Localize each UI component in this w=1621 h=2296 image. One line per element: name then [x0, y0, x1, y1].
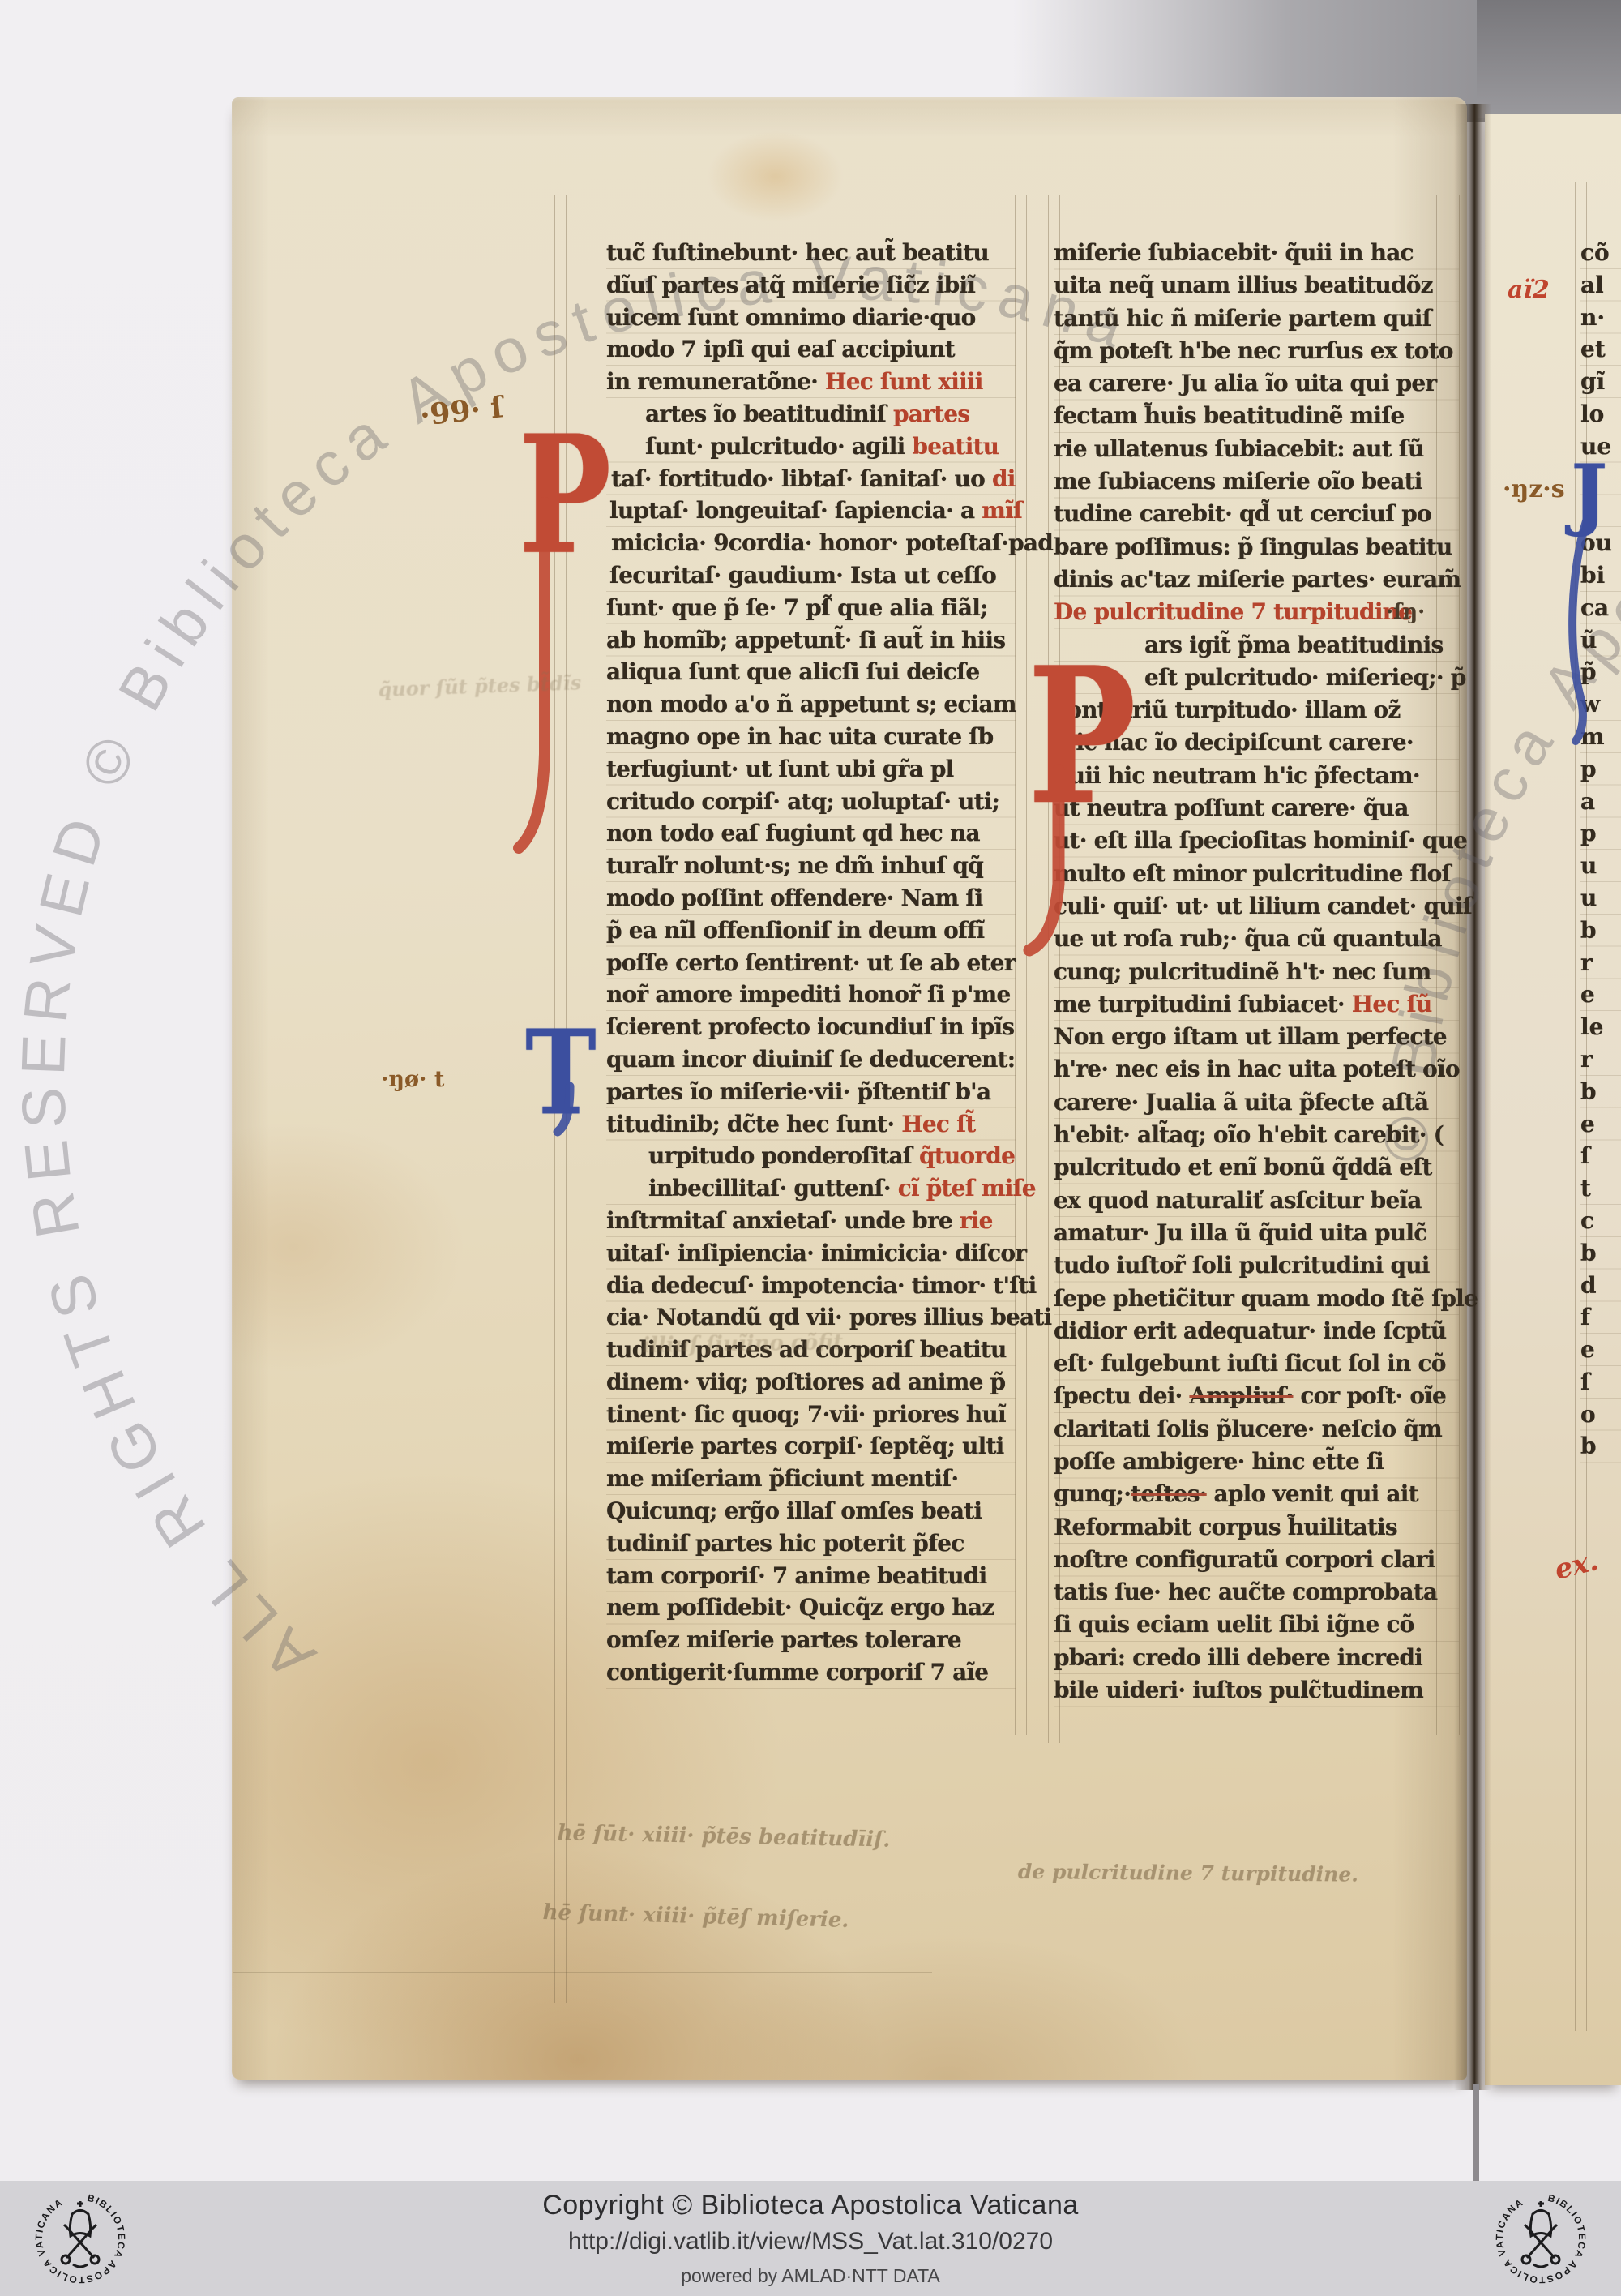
- text-run: tantũ hic ñ miſerie partem quiſ: [1054, 305, 1431, 332]
- manuscript-line-fragment: c: [1580, 1205, 1621, 1237]
- text-run: ſunt· pulcritudo· agili: [645, 433, 912, 460]
- manuscript-line: taſ· fortitudo· libtaſ· ſanitaſ· uo di: [606, 463, 1016, 495]
- manuscript-line-fragment: le: [1580, 1011, 1621, 1043]
- text-run: gunq;·: [1054, 1480, 1131, 1507]
- manuscript-line: q̃m poteſt h'be nec rurſus ex toto: [1054, 335, 1459, 367]
- text-run: ex quod naturaliť asſcitur beĩa: [1054, 1187, 1422, 1214]
- text-run: u: [1580, 852, 1597, 879]
- text-run: Ampliuſ·: [1189, 1382, 1293, 1409]
- text-run: uitaſ· inſipiencia· inimicicia· diſcor: [606, 1240, 1026, 1266]
- text-run: Hec ſũ: [1352, 991, 1432, 1017]
- text-run: bile uideri· iuſtos pulc̃tudinem: [1054, 1677, 1423, 1703]
- text-run: ue ut roſa rub;· q̃ua cũ quantula: [1054, 925, 1442, 952]
- manuscript-line-fragment: ſ: [1580, 1366, 1621, 1399]
- manuscript-line-fragment: e: [1580, 1334, 1621, 1366]
- text-run: ſepe phetic̃itur quam modo ſtẽ ſple: [1054, 1285, 1478, 1312]
- initial-t-blue-col1: T: [525, 1004, 597, 1142]
- text-run: critudo corpiſ· atq; uoluptaſ· uti;: [606, 788, 999, 815]
- manuscript-line: h'ebit· alt̃aq; oĩo h'ebit carebit· (: [1054, 1119, 1459, 1151]
- manuscript-line-fragment: o: [1580, 1399, 1621, 1431]
- text-run: Hec ſunt xiiii: [825, 368, 983, 395]
- text-run: ars igit̃ p̃ma beatitudinis: [1144, 632, 1443, 658]
- manuscript-line-fragment: t: [1580, 1172, 1621, 1205]
- text-run: pbari: credo illi debere incredi: [1054, 1644, 1422, 1671]
- text-run: in remuneratõne·: [606, 368, 825, 395]
- text-run: a: [1580, 788, 1595, 815]
- manuscript-line: ſepe phetic̃itur quam modo ſtẽ ſple: [1054, 1283, 1459, 1315]
- text-run: p: [1580, 820, 1597, 846]
- manuscript-line: quam incor diuiniſ ſe deducerent:: [606, 1043, 1016, 1076]
- text-run: uicem ſunt omnimo diarie·quo: [606, 304, 976, 331]
- manuscript-line-fragment: ſ: [1580, 1140, 1621, 1172]
- text-run: contigerit·ſumme corporiſ 7 aĩe: [606, 1659, 988, 1686]
- initial-p-red-col1: P: [519, 399, 611, 590]
- text-run: cunq; pulcritudinẽ h't· nec ſum: [1054, 958, 1431, 985]
- text-run: b: [1580, 917, 1597, 944]
- manuscript-line: bile uideri· iuſtos pulc̃tudinem: [1054, 1674, 1459, 1707]
- manuscript-line: dinis ac'taz miſerie partes· euram̃: [1054, 563, 1459, 596]
- text-run: pulcritudo et enĩ bonũ q̃ddã eſt: [1054, 1154, 1432, 1180]
- text-run: tudine carebit· qd̃ ut cerciuſ po: [1054, 500, 1431, 527]
- text-run: ſi quis eciam uelit ſibi ig̃ne cõ: [1054, 1611, 1414, 1638]
- manuscript-line: luptaſ· longeuitaſ· ſapiencia· a mĩſ: [606, 495, 1016, 527]
- text-run: eſt· fulgebunt iuſti ſicut ſol in cõ: [1054, 1350, 1446, 1377]
- manuscript-line-fragment: bi: [1580, 559, 1621, 592]
- text-run: bi: [1580, 562, 1605, 589]
- text-run: poſſe certo ſentirent· ut ſe ab eter: [606, 949, 1016, 976]
- text-run: b: [1580, 1433, 1597, 1459]
- manuscript-line: titudinib; dc̃te hec ſunt· Hec ſt̃: [606, 1108, 1016, 1141]
- text-run: e: [1580, 1111, 1595, 1137]
- text-run: tinent· ſic quoq; 7·vii· priores huĩ: [606, 1401, 1006, 1428]
- text-run: poſſe ambigere· hinc et̃te ſi: [1054, 1448, 1384, 1475]
- manuscript-line: carere· Jualia ã uita p̃fecte aſtã: [1054, 1086, 1459, 1119]
- initial-j-blue-next-folio: J: [1571, 448, 1607, 539]
- text-run: didior erit adequatur· inde ſcptũ: [1054, 1317, 1446, 1344]
- text-run: Quicunq; erg̃o illaſ omſes beati: [606, 1497, 982, 1524]
- manuscript-line: omſez miſerie partes tolerare: [606, 1624, 1016, 1656]
- text-run: e: [1580, 1336, 1595, 1363]
- manuscript-line: modo 7 ipſi qui eaſ accipiunt: [606, 333, 1016, 366]
- manuscript-line: fectam h̃uis beatitudinẽ miſe: [1054, 400, 1459, 432]
- manuscript-line: rie ullatenus ſubiacebit: aut ſũ: [1054, 433, 1459, 465]
- text-run: eſt pulcritudo· miſerieq;· p̃: [1144, 664, 1466, 691]
- text-run: q̃tuorde: [919, 1142, 1015, 1169]
- text-run: nor̃ amore impediti honor̃ ſi p'me: [606, 981, 1010, 1008]
- text-run: omſez miſerie partes tolerare: [606, 1626, 961, 1653]
- text-run: q̃m poteſt h'be nec rurſus ex toto: [1054, 337, 1453, 364]
- manuscript-line: dinem· viiq; poſtiores ad anime p̃: [606, 1366, 1016, 1399]
- manuscript-line: miſerie partes corpiſ· ſeptẽq; ulti: [606, 1430, 1016, 1463]
- text-run: h're· nec eis in hac uita poteſt oĩo: [1054, 1056, 1460, 1082]
- text-run: w: [1580, 691, 1600, 717]
- manuscript-line-fragment: e: [1580, 1108, 1621, 1141]
- manuscript-line: tudo iuſtor̃ ſoli pulcritudini qui: [1054, 1249, 1459, 1282]
- manuscript-line-fragment: m: [1580, 721, 1621, 753]
- text-run: r: [1580, 949, 1593, 976]
- manuscript-line: me ſubiacens miſerie oĩo beati: [1054, 465, 1459, 498]
- manuscript-line-fragment: w: [1580, 688, 1621, 721]
- manuscript-line: inſtrmitaſ anxietaſ· unde bre rie: [606, 1205, 1016, 1237]
- text-run: me turpitudini ſubiacet·: [1054, 991, 1352, 1017]
- manuscript-line: tam corporiſ· 7 anime beatitudi: [606, 1560, 1016, 1592]
- text-run: c: [1580, 1207, 1594, 1234]
- manuscript-line: ſi quis eciam uelit ſibi ig̃ne cõ: [1054, 1608, 1459, 1641]
- manuscript-line-fragment: u: [1580, 850, 1621, 882]
- text-run: partes: [893, 401, 969, 427]
- text-run: cõ: [1580, 239, 1610, 266]
- text-run: r: [1580, 1046, 1593, 1073]
- manuscript-line: uicem ſunt omnimo diarie·quo: [606, 302, 1016, 334]
- text-run: rie ullatenus ſubiacebit: aut ſũ: [1054, 435, 1424, 462]
- manuscript-line: amatur· Ju illa ũ q̃uid uita pulc̃: [1054, 1217, 1459, 1249]
- text-run: me ſubiacens miſerie oĩo beati: [1054, 468, 1422, 495]
- text-run: miſerie ſubiacebit· q̃uii in hac: [1054, 239, 1414, 266]
- text-run: rie: [960, 1207, 993, 1234]
- text-run: ſ: [1580, 1369, 1590, 1395]
- manuscript-line-fragment: p: [1580, 753, 1621, 786]
- manuscript-line: non modo a'o ñ appetunt s; eciam: [606, 688, 1016, 721]
- text-run: terfugiunt· ut ſunt ubi gr̃a pl: [606, 756, 954, 782]
- text-run: dia dedecuſ· impotencia· timor· t'ſti: [606, 1272, 1036, 1299]
- manuscript-line: terfugiunt· ut ſunt ubi gr̃a pl: [606, 753, 1016, 786]
- text-run: De pulcritudine 7 turpitudine: [1054, 598, 1412, 625]
- text-run: Hec ſt̃: [901, 1111, 975, 1137]
- manuscript-line-fragment: b: [1580, 1076, 1621, 1108]
- manuscript-line: ex quod naturaliť asſcitur beĩa: [1054, 1184, 1459, 1217]
- manuscript-line: culi· quiſ· ut· ut lilium candet· quiſ: [1054, 890, 1459, 923]
- text-run: dinis ac'taz miſerie partes· euram̃: [1054, 566, 1461, 593]
- manuscript-line-fragment: b: [1580, 915, 1621, 947]
- manuscript-line: critudo corpiſ· atq; uoluptaſ· uti;: [606, 786, 1016, 818]
- text-run: d: [1580, 1272, 1597, 1299]
- manuscript-line: dĩuſ partes atq̃ miſerie ſic̃z ibiĩ: [606, 269, 1016, 302]
- manuscript-line-fragment: e: [1580, 979, 1621, 1011]
- manuscript-line: me miſeriam p̃ficiunt mentiſ·: [606, 1463, 1016, 1495]
- manuscript-line: tudine carebit· qd̃ ut cerciuſ po: [1054, 498, 1459, 530]
- text-run: amatur· Ju illa ũ q̃uid uita pulc̃: [1054, 1219, 1426, 1246]
- manuscript-line: miſerie ſubiacebit· q̃uii in hac: [1054, 237, 1459, 269]
- text-run: p̃: [1580, 658, 1597, 685]
- text-run: beatitu: [912, 433, 999, 460]
- text-run: modo 7 ipſi qui eaſ accipiunt: [606, 336, 955, 362]
- text-run: tam corporiſ· 7 anime beatitudi: [606, 1562, 986, 1589]
- manuscript-line: ue ut roſa rub;· q̃ua cũ quantula: [1054, 923, 1459, 955]
- text-run: lo: [1580, 401, 1604, 427]
- text-run: noſtre configuratũ corpori clari: [1054, 1546, 1435, 1573]
- text-column-2: miſerie ſubiacebit· q̃uii in hacuita neq…: [1054, 237, 1459, 1707]
- text-run: micicia· 9cordia· honor· poteſtaſ·: [611, 529, 1008, 556]
- text-run: bare poſſimus: p̃ ſingulas beatitu: [1054, 533, 1452, 560]
- manuscript-line: multo eſt minor pulcritudine floſ: [1054, 858, 1459, 890]
- manuscript-line-fragment: a: [1580, 786, 1621, 818]
- footer-powered-by: powered by AMLAD·NTT DATA: [542, 2265, 1079, 2287]
- text-run: ũ: [1580, 627, 1597, 653]
- text-run: al: [1580, 272, 1604, 298]
- initial-p-red-col2: P: [1028, 626, 1136, 846]
- manuscript-line: micicia· 9cordia· honor· poteſtaſ·pad: [606, 527, 1016, 559]
- text-run: b: [1580, 1240, 1597, 1266]
- text-run: n·: [1580, 304, 1605, 331]
- vatican-library-seal-right: BIBLIOTECA APOSTOLICA VATICANA: [1486, 2184, 1595, 2293]
- manuscript-line-fragment: b: [1580, 1237, 1621, 1270]
- text-run: uita neq̃ unam illius beatitudõz: [1054, 272, 1433, 298]
- text-run: m: [1580, 723, 1605, 750]
- manuscript-line-fragment: r: [1580, 1043, 1621, 1076]
- manuscript-line: tatis ſue· hec auc̃te comprobata: [1054, 1576, 1459, 1608]
- text-run: culi· quiſ· ut· ut lilium candet· quiſ: [1054, 893, 1472, 919]
- manuscript-line: in remuneratõne· Hec ſunt xiiii: [606, 366, 1016, 398]
- text-run: carere· Jualia ã uita p̃fecte aſtã: [1054, 1089, 1428, 1116]
- manuscript-line: artes ĩo beatitudiniſ partes: [606, 398, 1016, 430]
- footer-copyright: Copyright © Biblioteca Apostolica Vatica…: [542, 2190, 1079, 2221]
- manuscript-line: partes ĩo miſerie·vii· p̃ſtentiſ b'a: [606, 1076, 1016, 1108]
- manuscript-line: pbari: credo illi debere incredi: [1054, 1642, 1459, 1674]
- marginal-note: ·ŋø· t: [381, 1067, 444, 1092]
- text-run: modo poſſint offendere· Nam ſi: [606, 885, 983, 911]
- text-run: inſtrmitaſ anxietaſ· unde bre: [606, 1207, 960, 1234]
- manuscript-line: noſtre configuratũ corpori clari: [1054, 1544, 1459, 1576]
- text-run: ſ: [1580, 1142, 1590, 1169]
- manuscript-line: aliqua ſunt que alicſi ſui deicſe: [606, 656, 1016, 688]
- text-run: dinem· viiq; poſtiores ad anime p̃: [606, 1369, 1005, 1395]
- manuscript-line: Non ergo iſtam ut illam perfecte: [1054, 1021, 1459, 1053]
- text-run: gĩ: [1580, 368, 1605, 395]
- marginal-note: de pulcritudine 7 turpitudine.: [1018, 1860, 1358, 1887]
- manuscript-line: magno ope in hac uita curate ſb: [606, 721, 1016, 753]
- manuscript-line: ſcierent profecto iocundiuſ in ipĩs: [606, 1011, 1016, 1043]
- text-run: pad: [1008, 529, 1053, 556]
- manuscript-line-fragment: d: [1580, 1270, 1621, 1302]
- manuscript-line: nem poſſidebit· Quicq̃z ergo haz: [606, 1591, 1016, 1624]
- manuscript-line-fragment: u: [1580, 882, 1621, 915]
- manuscript-line: tuc̃ ſuſtinebunt· hec aut̃ beatitu: [606, 237, 1016, 269]
- manuscript-line-fragment: n·: [1580, 302, 1621, 334]
- manuscript-line: tantũ hic ñ miſerie partem quiſ: [1054, 302, 1459, 335]
- text-run: aliqua ſunt que alicſi ſui deicſe: [606, 658, 979, 685]
- manuscript-line-fragment: ca: [1580, 592, 1621, 624]
- text-run: quam incor diuiniſ ſe deducerent:: [606, 1046, 1015, 1073]
- text-run: miſerie partes corpiſ· ſeptẽq; ulti: [606, 1433, 1003, 1459]
- manuscript-line: bare poſſimus: p̃ ſingulas beatitu: [1054, 531, 1459, 563]
- text-run: ea carere· Ju alia ĩo uita qui per: [1054, 370, 1436, 396]
- text-run: Non ergo iſtam ut illam perfecte: [1054, 1023, 1447, 1050]
- manuscript-line: me turpitudini ſubiacet· Hec ſũ: [1054, 988, 1459, 1021]
- manuscript-line-fragment: lo: [1580, 398, 1621, 430]
- text-run: f: [1580, 1304, 1590, 1330]
- text-run: tudo iuſtor̃ ſoli pulcritudini qui: [1054, 1252, 1430, 1279]
- text-run: magno ope in hac uita curate ſb: [606, 723, 993, 750]
- copyright-footer: BIBLIOTECA APOSTOLICA VATICANA Copyright…: [0, 2181, 1621, 2296]
- manuscript-line: uita neq̃ unam illius beatitudõz: [1054, 269, 1459, 302]
- text-run: cĩ p̃teſ miſe: [898, 1175, 1036, 1202]
- text-run: p̃ ea nĩl offenſioniſ in deum offĩ: [606, 917, 984, 944]
- text-run: fectam h̃uis beatitudinẽ miſe: [1054, 402, 1404, 429]
- text-run: claritati ſolis p̃lucere· neſcio q̃m: [1054, 1416, 1442, 1442]
- manuscript-line: ea carere· Ju alia ĩo uita qui per: [1054, 367, 1459, 400]
- manuscript-line: tinent· ſic quoq; 7·vii· priores huĩ: [606, 1399, 1016, 1431]
- text-run: tudiniſ partes hic poterit p̃fec: [606, 1530, 964, 1557]
- manuscript-line: Reformabit corpus h̃uilitatis: [1054, 1511, 1459, 1544]
- manuscript-line: pulcritudo et enĩ bonũ q̃ddã eſt: [1054, 1151, 1459, 1184]
- marginal-note: ·ŋz·s: [1503, 475, 1565, 503]
- text-run: o: [1580, 1401, 1596, 1428]
- text-run: di: [992, 465, 1016, 492]
- text-run: dĩuſ partes atq̃ miſerie ſic̃z ibiĩ: [606, 272, 975, 298]
- footer-url: http://digi.vatlib.it/view/MSS_Vat.lat.3…: [542, 2228, 1079, 2255]
- manuscript-line: gunq;·teſtes· aplo venit qui ait: [1054, 1478, 1459, 1510]
- manuscript-line: ſunt· que p̃ ſe· 7 pſ̃ que alia fiãl;: [606, 592, 1016, 624]
- manuscript-line-fragment: f: [1580, 1301, 1621, 1334]
- manuscript-line: ſecuritaſ· gaudium· Ista ut ceſſo: [606, 559, 1016, 592]
- text-run: Reformabit corpus h̃uilitatis: [1054, 1514, 1397, 1540]
- text-run: mĩſ: [982, 497, 1022, 524]
- manuscript-line-fragment: ũ: [1580, 624, 1621, 657]
- manuscript-line: ſpectu dei· Ampliuſ· cor poſt· oĩe: [1054, 1380, 1459, 1412]
- text-run: non modo a'o ñ appetunt s; eciam: [606, 691, 1016, 717]
- manuscript-line-fragment: et: [1580, 333, 1621, 366]
- text-run: ab homĩb; appetunt̃· ſi aut̃ in hiis: [606, 627, 1005, 653]
- papal-keys-tiara-icon: [1522, 2201, 1559, 2267]
- manuscript-line-fragment: cõ: [1580, 237, 1621, 269]
- manuscript-line: eſt· fulgebunt iuſti ſicut ſol in cõ: [1054, 1347, 1459, 1380]
- text-run: u: [1580, 885, 1597, 911]
- text-run: h'ebit· alt̃aq; oĩo h'ebit carebit· (: [1054, 1121, 1444, 1148]
- manuscript-line-fragment: p̃: [1580, 656, 1621, 688]
- manuscript-line-fragment: r: [1580, 947, 1621, 979]
- manuscript-scan: ALL RIGHTS RESERVED © Biblioteca Apostol…: [0, 0, 1621, 2181]
- marginal-note: ·ſŋ·: [1386, 600, 1425, 624]
- manuscript-line: turaľr nolunt·s; ne dm̃ inhuſ qq̃: [606, 850, 1016, 882]
- manuscript-line: didior erit adequatur· inde ſcptũ: [1054, 1315, 1459, 1347]
- manuscript-line: nor̃ amore impediti honor̃ ſi p'me: [606, 979, 1016, 1011]
- manuscript-line-fragment: p: [1580, 817, 1621, 850]
- text-run: taſ· fortitudo· libtaſ· ſanitaſ· uo: [611, 465, 992, 492]
- text-run: nem poſſidebit· Quicq̃z ergo haz: [606, 1594, 994, 1621]
- text-column-next-folio: cõaln·etgĩloueoubicaũp̃wmpapuubrelerbeſt…: [1580, 237, 1621, 1463]
- papal-keys-tiara-icon: [62, 2201, 99, 2267]
- manuscript-line: poſſe certo ſentirent· ut ſe ab eter: [606, 947, 1016, 979]
- manuscript-line-fragment: gĩ: [1580, 366, 1621, 398]
- text-run: ſecuritaſ· gaudium· Ista ut ceſſo: [609, 562, 996, 589]
- manuscript-line: dia dedecuſ· impotencia· timor· t'ſti: [606, 1270, 1016, 1302]
- manuscript-line: tudiniſ partes hic poterit p̃fec: [606, 1527, 1016, 1560]
- manuscript-line: urpitudo ponderoſitaſ q̃tuorde: [606, 1140, 1016, 1172]
- text-column-1: tuc̃ ſuſtinebunt· hec aut̃ beatitudĩuſ p…: [606, 237, 1016, 1690]
- text-run: non todo eaſ fugiunt qd hec na: [606, 820, 980, 846]
- marginal-note: illiuſ ſiuĩino cõfit: [642, 1330, 843, 1358]
- manuscript-line: ſunt· pulcritudo· agili beatitu: [606, 430, 1016, 463]
- text-run: artes ĩo beatitudiniſ: [645, 401, 893, 427]
- text-run: et: [1580, 336, 1606, 362]
- manuscript-line: contigerit·ſumme corporiſ 7 aĩe: [606, 1656, 1016, 1689]
- manuscript-line: cia· Notandũ qd vii· pores illius beati: [606, 1301, 1016, 1334]
- text-run: urpitudo ponderoſitaſ: [648, 1142, 919, 1169]
- text-run: e: [1580, 981, 1595, 1008]
- manuscript-line: non todo eaſ fugiunt qd hec na: [606, 817, 1016, 850]
- text-run: turaľr nolunt·s; ne dm̃ inhuſ qq̃: [606, 852, 983, 879]
- manuscript-line-fragment: al: [1580, 269, 1621, 302]
- text-run: cor poſt· oĩe: [1293, 1382, 1446, 1409]
- manuscript-line-fragment: b: [1580, 1430, 1621, 1463]
- text-run: luptaſ· longeuitaſ· ſapiencia· a: [609, 497, 982, 524]
- text-run: t: [1580, 1175, 1591, 1202]
- text-run: b: [1580, 1078, 1597, 1105]
- manuscript-line: poſſe ambigere· hinc et̃te ſi: [1054, 1446, 1459, 1478]
- text-run: le: [1580, 1013, 1603, 1040]
- manuscript-line: cunq; pulcritudinẽ h't· nec ſum: [1054, 956, 1459, 988]
- manuscript-line: p̃ ea nĩl offenſioniſ in deum offĩ: [606, 915, 1016, 947]
- manuscript-line: uitaſ· inſipiencia· inimicicia· diſcor: [606, 1237, 1016, 1270]
- text-run: tatis ſue· hec auc̃te comprobata: [1054, 1578, 1437, 1605]
- text-run: partes ĩo miſerie·vii· p̃ſtentiſ b'a: [606, 1078, 990, 1105]
- manuscript-line: modo poſſint offendere· Nam ſi: [606, 882, 1016, 915]
- text-run: teſtes·: [1131, 1480, 1206, 1507]
- manuscript-line: inbecillitaſ· guttenſ· cĩ p̃teſ miſe: [606, 1172, 1016, 1205]
- vatican-library-seal-left: BIBLIOTECA APOSTOLICA VATICANA: [26, 2184, 135, 2293]
- text-run: me miſeriam p̃ficiunt mentiſ·: [606, 1465, 958, 1492]
- text-run: ca: [1580, 594, 1609, 621]
- text-run: multo eſt minor pulcritudine floſ: [1054, 860, 1451, 887]
- manuscript-line: Quicunq; erg̃o illaſ omſes beati: [606, 1495, 1016, 1527]
- manuscript-line: ab homĩb; appetunt̃· ſi aut̃ in hiis: [606, 624, 1016, 657]
- text-run: inbecillitaſ· guttenſ·: [648, 1175, 898, 1202]
- text-run: ſcierent profecto iocundiuſ in ipĩs: [606, 1013, 1014, 1040]
- text-run: titudinib; dc̃te hec ſunt·: [606, 1111, 901, 1137]
- text-run: ſunt· que p̃ ſe· 7 pſ̃ que alia fiãl;: [606, 594, 988, 621]
- text-run: p: [1580, 756, 1597, 782]
- text-run: aplo venit qui ait: [1207, 1480, 1418, 1507]
- marginal-note: aï2: [1508, 276, 1550, 304]
- text-run: tuc̃ ſuſtinebunt· hec aut̃ beatitu: [606, 239, 989, 266]
- manuscript-line: h're· nec eis in hac uita poteſt oĩo: [1054, 1053, 1459, 1086]
- manuscript-line: claritati ſolis p̃lucere· neſcio q̃m: [1054, 1413, 1459, 1446]
- text-run: ſpectu dei·: [1054, 1382, 1189, 1409]
- text-run: cia· Notandũ qd vii· pores illius beati: [606, 1304, 1051, 1330]
